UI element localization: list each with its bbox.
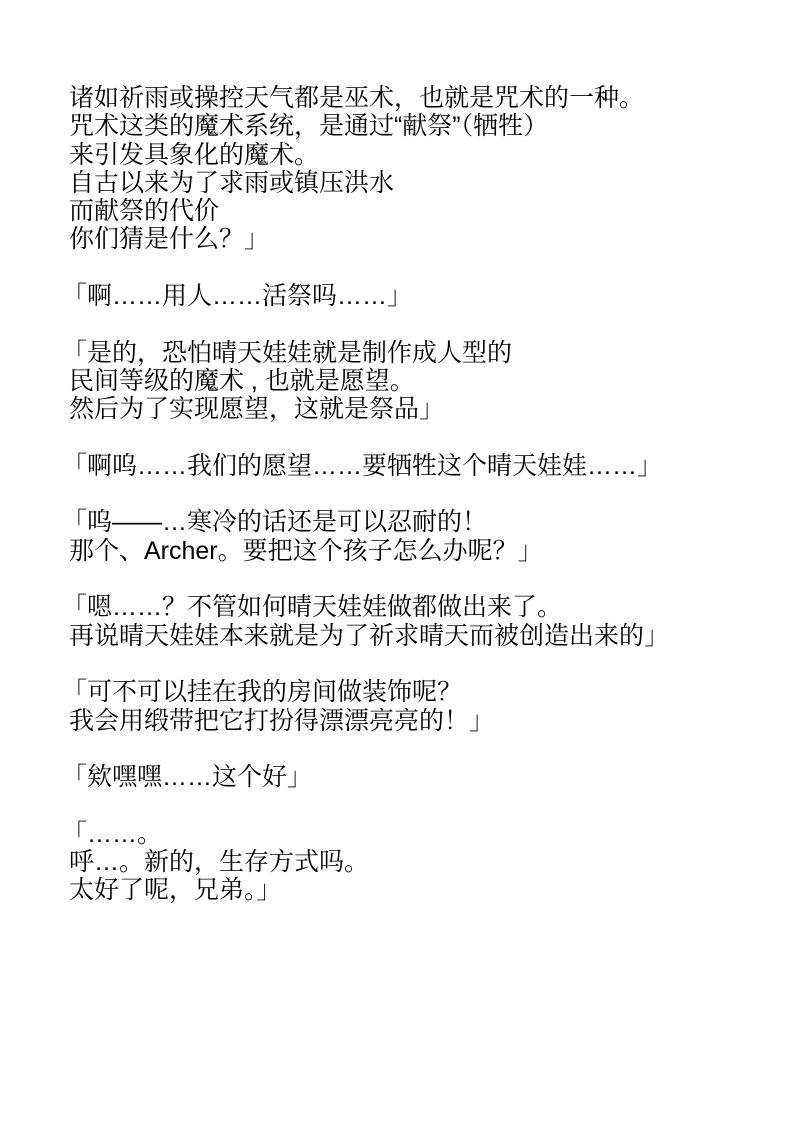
dialogue-line: 「呜——…寒冷的话还是可以忍耐的！ (62, 508, 770, 536)
dialogue-block: 「欸嘿嘿……这个好」 (62, 763, 770, 791)
dialogue-line: 我会用缎带把它打扮得漂漂亮亮的！」 (62, 707, 770, 735)
dialogue-line: 咒术这类的魔术系统，是通过“献祭”（牺牲） (62, 112, 770, 140)
dialogue-block: 「呜——…寒冷的话还是可以忍耐的！ 那个、Archer。要把这个孩子怎么办呢？」 (62, 508, 770, 565)
dialogue-block: 「啊……用人……活祭吗……」 (62, 282, 770, 310)
dialogue-line: 自古以来为了求雨或镇压洪水 (62, 169, 770, 197)
dialogue-block: 「嗯……？不管如何晴天娃娃做都做出来了。 再说晴天娃娃本来就是为了祈求晴天而被创… (62, 593, 770, 650)
dialogue-block: 「是的，恐怕晴天娃娃就是制作成人型的 民间等级的魔术 , 也就是愿望。 然后为了… (62, 339, 770, 424)
dialogue-line: 「……。 (62, 820, 770, 848)
dialogue-block: 「……。 呼…。新的，生存方式吗。 太好了呢，兄弟。」 (62, 820, 770, 905)
dialogue-line: 「是的，恐怕晴天娃娃就是制作成人型的 (62, 339, 770, 367)
dialogue-line: 再说晴天娃娃本来就是为了祈求晴天而被创造出来的」 (62, 622, 770, 650)
dialogue-text: 诸如祈雨或操控天气都是巫术，也就是咒术的一种。 咒术这类的魔术系统，是通过“献祭… (62, 84, 770, 905)
dialogue-block: 「啊呜……我们的愿望……要牺牲这个晴天娃娃……」 (62, 452, 770, 480)
dialogue-line: 呼…。新的，生存方式吗。 (62, 848, 770, 876)
dialogue-line: 然后为了实现愿望，这就是祭品」 (62, 395, 770, 423)
dialogue-line: 太好了呢，兄弟。」 (62, 876, 770, 904)
dialogue-line: 你们猜是什么？」 (62, 225, 770, 253)
dialogue-block: 「可不可以挂在我的房间做装饰呢？ 我会用缎带把它打扮得漂漂亮亮的！」 (62, 678, 770, 735)
dialogue-line: 「嗯……？不管如何晴天娃娃做都做出来了。 (62, 593, 770, 621)
dialogue-line: 「欸嘿嘿……这个好」 (62, 763, 770, 791)
dialogue-line: 民间等级的魔术 , 也就是愿望。 (62, 367, 770, 395)
dialogue-line: 「啊呜……我们的愿望……要牺牲这个晴天娃娃……」 (62, 452, 770, 480)
dialogue-line: 诸如祈雨或操控天气都是巫术，也就是咒术的一种。 (62, 84, 770, 112)
document-page: 诸如祈雨或操控天气都是巫术，也就是咒术的一种。 咒术这类的魔术系统，是通过“献祭… (0, 0, 800, 1129)
dialogue-line: 「可不可以挂在我的房间做装饰呢？ (62, 678, 770, 706)
dialogue-line: 而献祭的代价 (62, 197, 770, 225)
dialogue-line: 那个、Archer。要把这个孩子怎么办呢？」 (62, 537, 770, 565)
dialogue-line: 「啊……用人……活祭吗……」 (62, 282, 770, 310)
dialogue-block: 诸如祈雨或操控天气都是巫术，也就是咒术的一种。 咒术这类的魔术系统，是通过“献祭… (62, 84, 770, 254)
dialogue-line: 来引发具象化的魔术。 (62, 141, 770, 169)
